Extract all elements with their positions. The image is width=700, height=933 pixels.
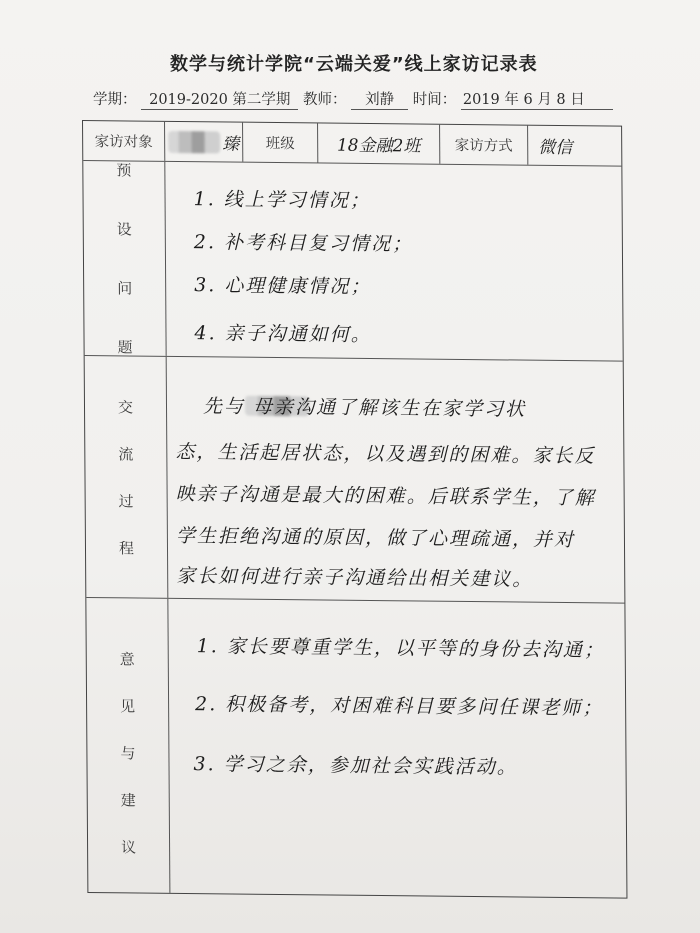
process-line: 映亲子沟通是最大的困难。后联系学生，了解 [176,479,596,510]
label-char: 程 [119,537,134,558]
question-line: 3. 心理健康情况； [194,270,371,299]
question-line: 1. 线上学习情况； [193,184,370,213]
visit-method-value: 微信 [528,126,621,166]
preset-questions-row: 预 设 问 题 1. 线上学习情况； 2. 补考科目复习情况； 3. 心理健康情… [83,161,622,362]
communication-process-content: 先与 母亲沟通了解该生在家学习状 态，生活起居状态，以及遇到的困难。家长反 映亲… [167,357,625,603]
suggestions-row: 意 见 与 建 议 1. 家长要尊重学生，以平等的身份去沟通； 2. 积极备考，… [86,598,626,898]
record-table: 家访对象 臻 班级 18金融2班 家访方式 微信 预 设 问 题 1. 线上学习… [82,120,627,899]
term-label: 学期： [93,88,137,109]
visit-method-label: 家访方式 [440,125,528,165]
visit-target-name-suffix: 臻 [222,129,239,154]
label-char: 见 [120,695,135,716]
process-line: 家长如何进行亲子沟通给出相关建议。 [176,561,533,592]
suggestions-content: 1. 家长要尊重学生，以平等的身份去沟通； 2. 积极备考，对困难科目要多问任课… [168,599,626,898]
label-char: 与 [120,742,135,763]
question-line: 2. 补考科目复习情况； [194,227,413,256]
time-label: 时间： [413,88,457,109]
form-info-line: 学期： 2019-2020 第二学期 教师： 刘静 时间： 2019 年 6 月… [93,88,633,112]
class-label: 班级 [243,123,318,163]
label-char: 题 [117,336,132,357]
label-char: 问 [117,277,132,298]
teacher-label: 教师： [303,88,347,109]
question-line: 4. 亲子沟通如何。 [194,318,371,347]
label-char: 意 [120,648,135,669]
class-value: 18金融2班 [318,123,440,163]
time-value: 2019 年 6 月 8 日 [461,88,613,110]
label-char: 预 [116,159,131,180]
suggestion-line: 1. 家长要尊重学生，以平等的身份去沟通； [197,631,605,662]
preset-questions-content: 1. 线上学习情况； 2. 补考科目复习情况； 3. 心理健康情况； 4. 亲子… [165,162,622,361]
visit-target-label: 家访对象 [83,121,165,161]
teacher-value: 刘静 [351,88,408,110]
process-line: 学生拒绝沟通的原因，做了心理疏通，并对 [176,521,575,552]
preset-questions-label: 预 设 问 题 [83,161,166,356]
label-char: 议 [121,836,136,857]
label-char: 设 [117,218,132,239]
redacted-name-blur [168,130,220,153]
suggestions-label: 意 见 与 建 议 [86,598,170,893]
communication-process-label: 交 流 过 程 [85,356,169,598]
visit-target-value: 臻 [165,122,243,162]
form-title: 数学与统计学院“云端关爱”线上家访记录表 [170,50,610,76]
label-char: 流 [118,443,133,464]
process-line: 态，生活起居状态，以及遇到的困难。家长反 [175,437,595,468]
label-char: 过 [119,490,134,511]
suggestion-line: 3. 学习之余，参加社会实践活动。 [193,749,517,779]
process-line: 先与 母亲沟通了解该生在家学习状 [203,391,526,421]
communication-process-row: 交 流 过 程 先与 母亲沟通了解该生在家学习状 态，生活起居状态，以及遇到的困… [85,356,625,604]
label-char: 建 [121,789,136,810]
header-row: 家访对象 臻 班级 18金融2班 家访方式 微信 [83,121,621,167]
term-value: 2019-2020 第二学期 [141,88,298,110]
suggestion-line: 2. 积极备考，对困难科目要多问任课老师； [195,689,603,720]
label-char: 交 [118,396,133,417]
visit-record-form: 数学与统计学院“云端关爱”线上家访记录表 学期： 2019-2020 第二学期 … [0,0,700,933]
